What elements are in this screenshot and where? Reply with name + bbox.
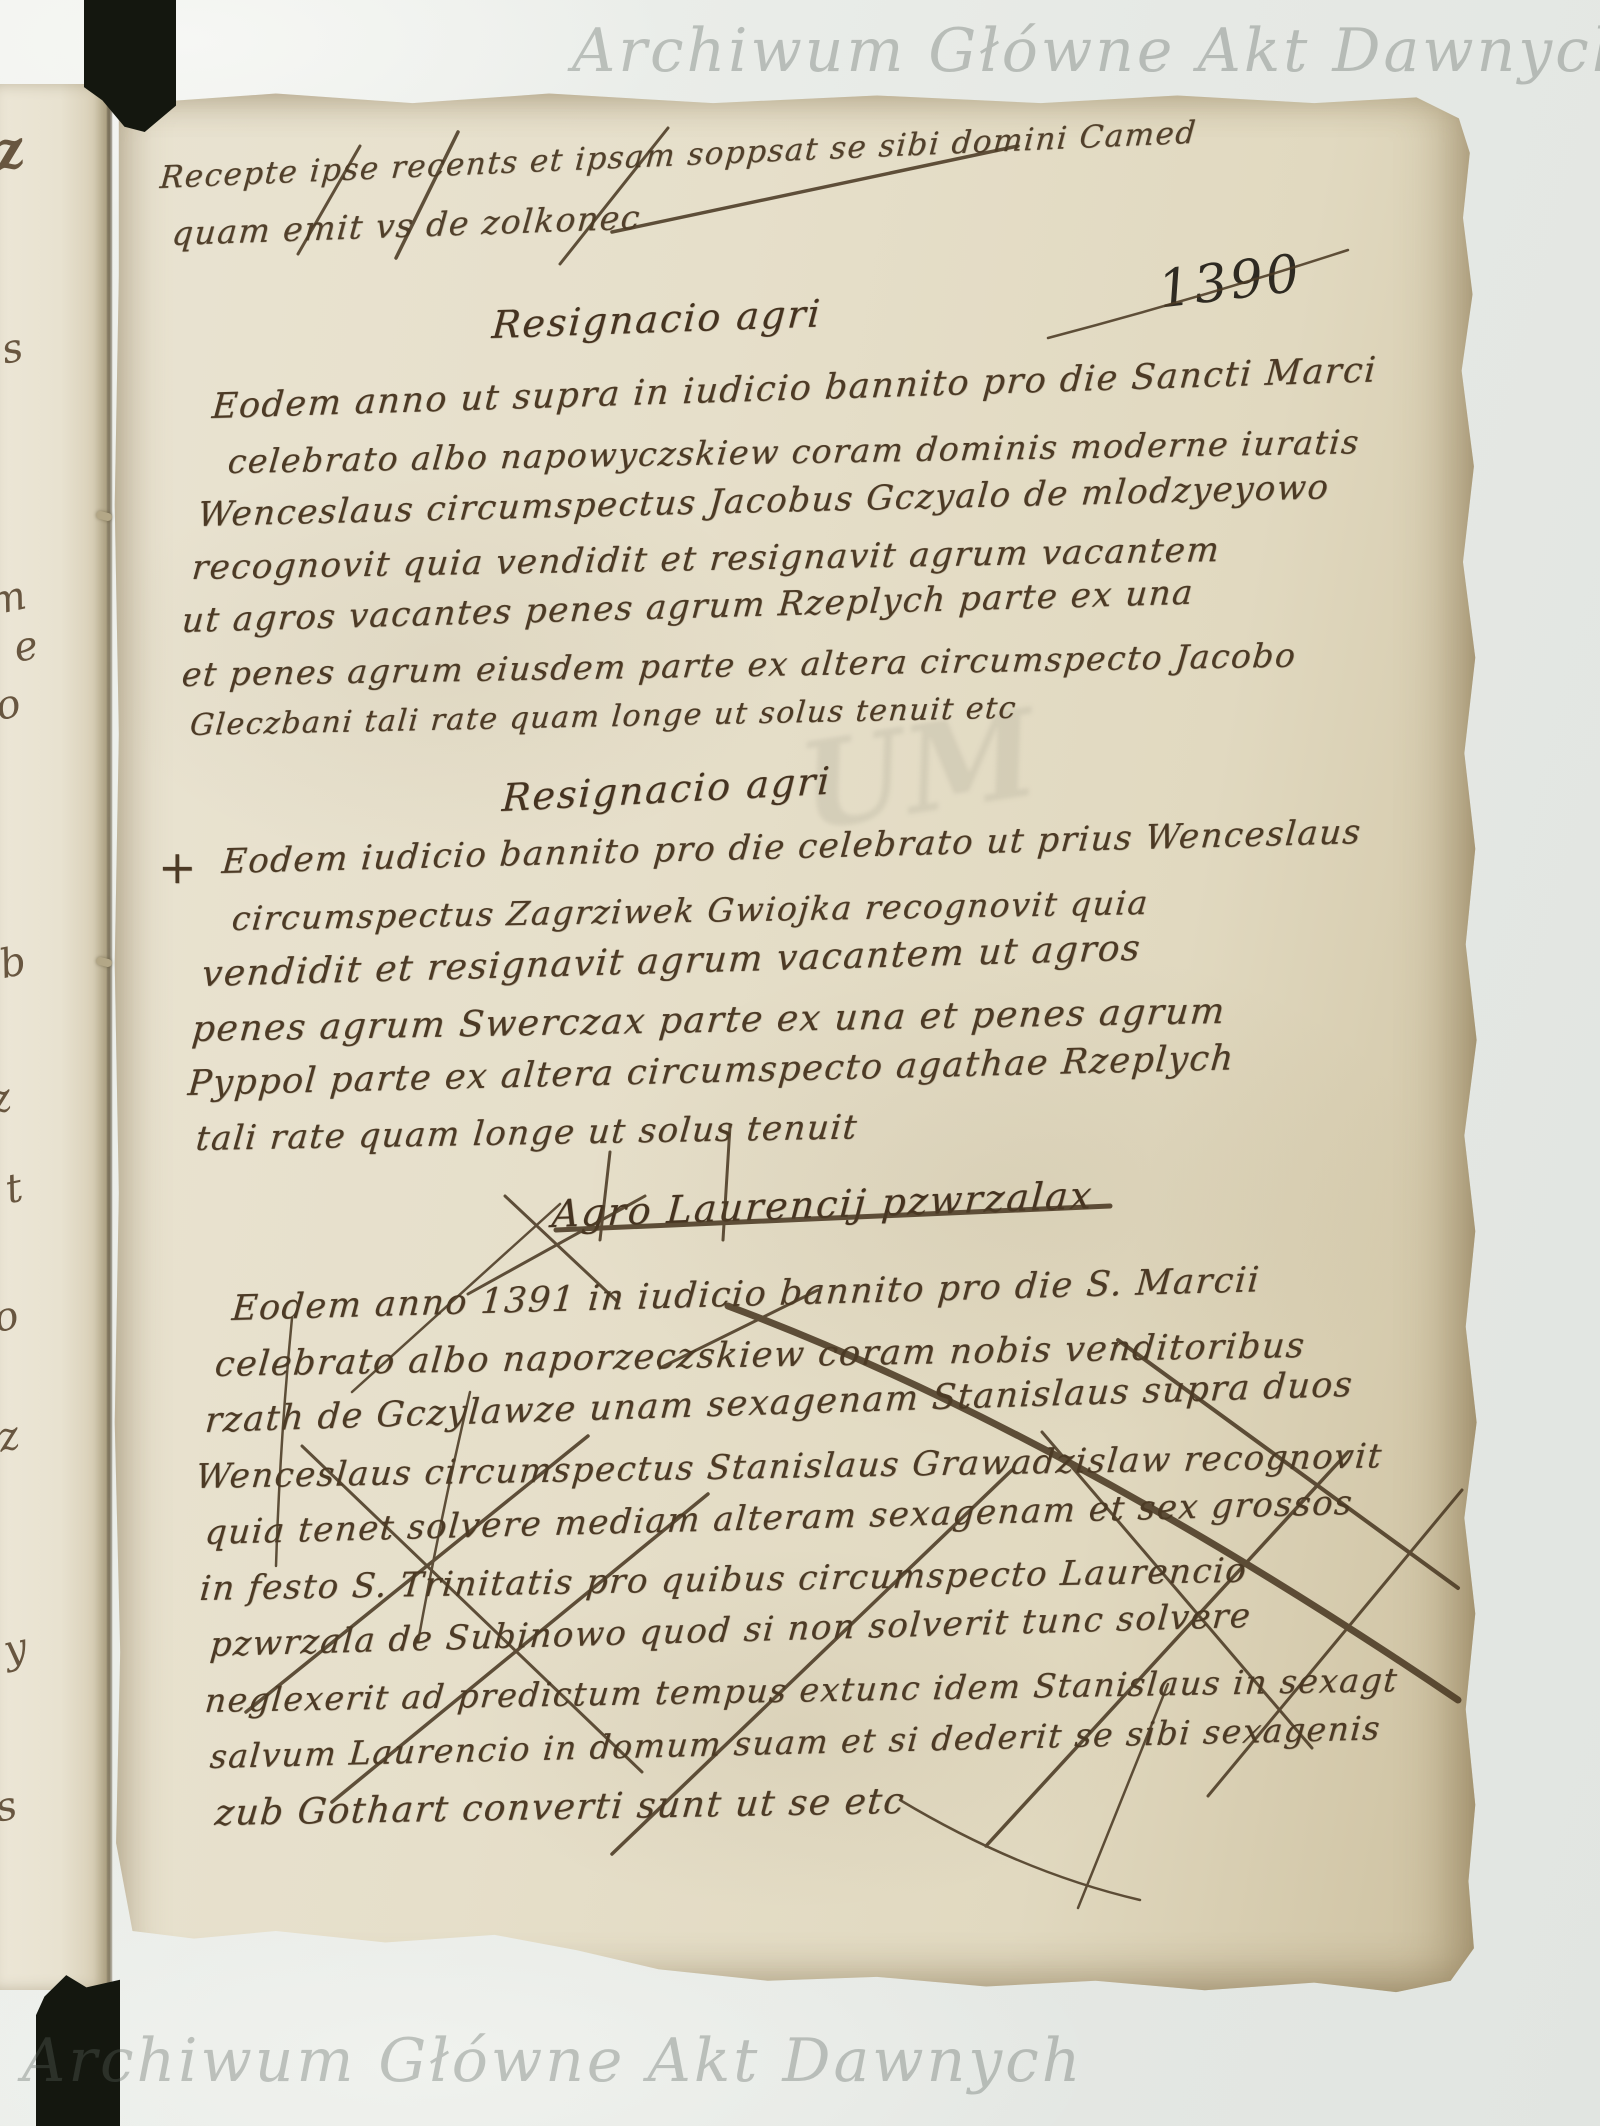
entry2-marginal-cross: + xyxy=(158,840,197,894)
prev-page-fragment: e xyxy=(9,622,42,672)
prev-page-fragment: o xyxy=(0,1292,23,1342)
prev-page-fragment: b xyxy=(0,938,30,988)
archive-watermark-top: Archiwum Główne Akt Dawnych xyxy=(572,16,1600,86)
prev-page-fragment: t xyxy=(1,1165,26,1213)
prev-page-fragment: s xyxy=(0,1782,21,1831)
archival-scan: { "institution_watermark": "Archiwum Głó… xyxy=(0,0,1600,2126)
binding-gutter xyxy=(107,84,112,1990)
prev-page-fragment: y xyxy=(0,1624,31,1674)
prev-page-fragment: z xyxy=(0,1074,16,1123)
previous-page-edge: z s m e o b z t o z y s xyxy=(0,84,110,1990)
prev-page-fragment: z xyxy=(0,1412,24,1461)
prev-page-fragment: s xyxy=(0,324,27,373)
prev-page-fragment: m xyxy=(0,573,30,626)
prev-page-fragment: o xyxy=(0,680,25,730)
archive-watermark-bottom: Archiwum Główne Akt Dawnych xyxy=(22,2026,1083,2096)
prev-page-fragment: z xyxy=(0,118,30,184)
